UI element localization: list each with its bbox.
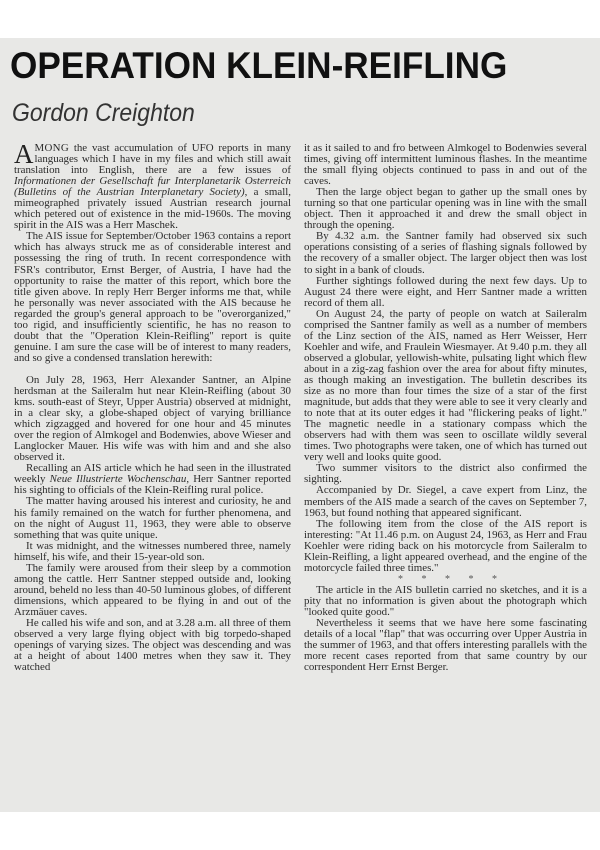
paragraph: Then the large object began to gather up… [304, 187, 587, 231]
drop-cap: A [14, 144, 34, 164]
paragraph: By 4.32 a.m. the Santner family had obse… [304, 231, 587, 275]
article-title: OPERATION KLEIN-REIFLING [10, 44, 507, 88]
paragraph: He called his wife and son, and at 3.28 … [14, 618, 291, 673]
paragraph: On July 28, 1963, Herr Alexander Santner… [14, 375, 291, 463]
left-column: AMONG the vast accumulation of UFO repor… [14, 143, 291, 673]
paragraph: The article in the AIS bulletin carried … [304, 585, 587, 618]
paragraph: The AIS issue for September/October 1963… [14, 231, 291, 364]
right-column: it as it sailed to and fro between Almko… [304, 143, 587, 673]
paragraph: Further sightings followed during the ne… [304, 276, 587, 309]
article-author: Gordon Creighton [12, 98, 195, 128]
paragraph: Two summer visitors to the district also… [304, 463, 587, 485]
paragraph: The matter having aroused his interest a… [14, 496, 291, 540]
paragraph-continuation: it as it sailed to and fro between Almko… [304, 143, 587, 187]
paragraph: Recalling an AIS article which he had se… [14, 463, 291, 496]
magazine-page: OPERATION KLEIN-REIFLING Gordon Creighto… [0, 38, 600, 812]
paragraph: On August 24, the party of people on wat… [304, 309, 587, 464]
intro-paragraph: AMONG the vast accumulation of UFO repor… [14, 143, 291, 231]
paragraph: It was midnight, and the witnesses numbe… [14, 541, 291, 563]
paragraph: The following item from the close of the… [304, 519, 587, 574]
paragraph: Accompanied by Dr. Siegel, a cave expert… [304, 485, 587, 518]
paragraph: The family were aroused from their sleep… [14, 563, 291, 618]
paragraph: Nevertheless it seems that we have here … [304, 618, 587, 673]
